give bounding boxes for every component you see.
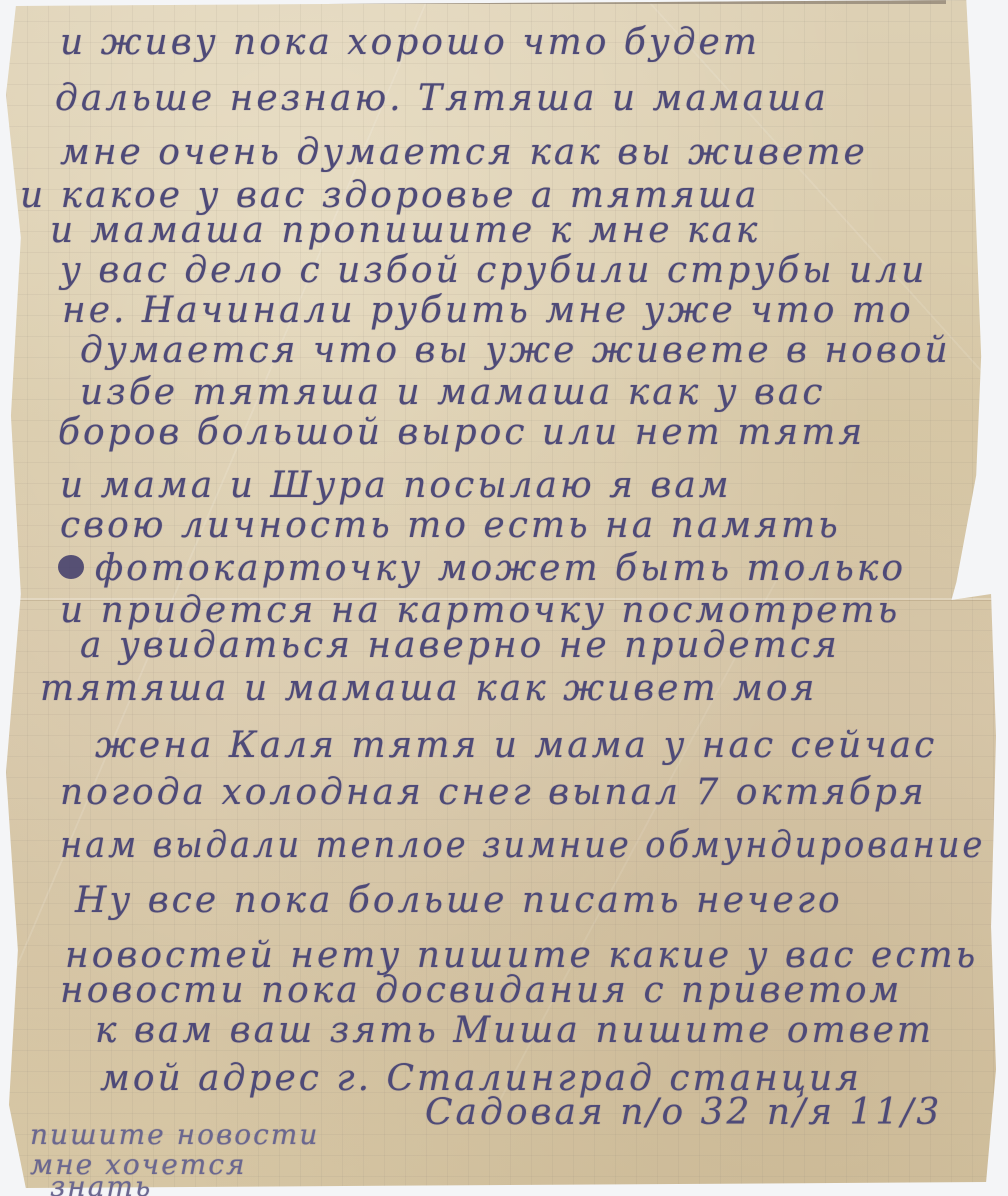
letter-line: погода холодная снег выпал 7 октября: [60, 772, 927, 813]
ink-blot: [58, 555, 84, 579]
letter-line: нам выдали теплое зимние обмундирование: [60, 825, 985, 866]
letter-line: не. Начинали рубить мне уже что то: [62, 290, 914, 331]
letter-line: Ну все пока больше писать нечего: [75, 880, 843, 921]
letter-line: свою личность то есть на память: [60, 505, 841, 546]
letter-line: фотокарточку может быть только: [95, 548, 906, 589]
letter-line: а увидаться наверно не придется: [80, 625, 840, 666]
letter-line: боров большой вырос или нет тятя: [58, 412, 865, 453]
letter-body: и живу пока хорошо что будетдальше незна…: [0, 0, 1008, 1196]
letter-line: избе тятяша и мамаша как у вас: [80, 372, 826, 413]
letter-line: думается что вы уже живете в новой: [80, 330, 951, 371]
letter-line: жена Каля тятя и мама у нас сейчас: [95, 725, 937, 766]
letter-line: тятяша и мамаша как живет моя: [40, 668, 817, 709]
postscript-line: знать: [50, 1170, 152, 1196]
letter-line: и живу пока хорошо что будет: [60, 22, 760, 63]
letter-line: и мама и Шура посылаю я вам: [60, 465, 732, 506]
letter-line: у вас дело с избой срубили струбы или: [60, 250, 927, 291]
letter-line: к вам ваш зять Миша пишите ответ: [95, 1010, 934, 1051]
postscript-line: пишите новости: [30, 1118, 319, 1151]
letter-line: и мамаша пропишите к мне как: [50, 210, 760, 251]
letter-line: новости пока досвидания с приветом: [60, 970, 902, 1011]
letter-line: Садовая п/о 32 п/я 11/3: [425, 1092, 942, 1133]
letter-line: дальше незнаю. Тятяша и мамаша: [55, 78, 829, 119]
letter-line: мне очень думается как вы живете: [60, 132, 868, 173]
